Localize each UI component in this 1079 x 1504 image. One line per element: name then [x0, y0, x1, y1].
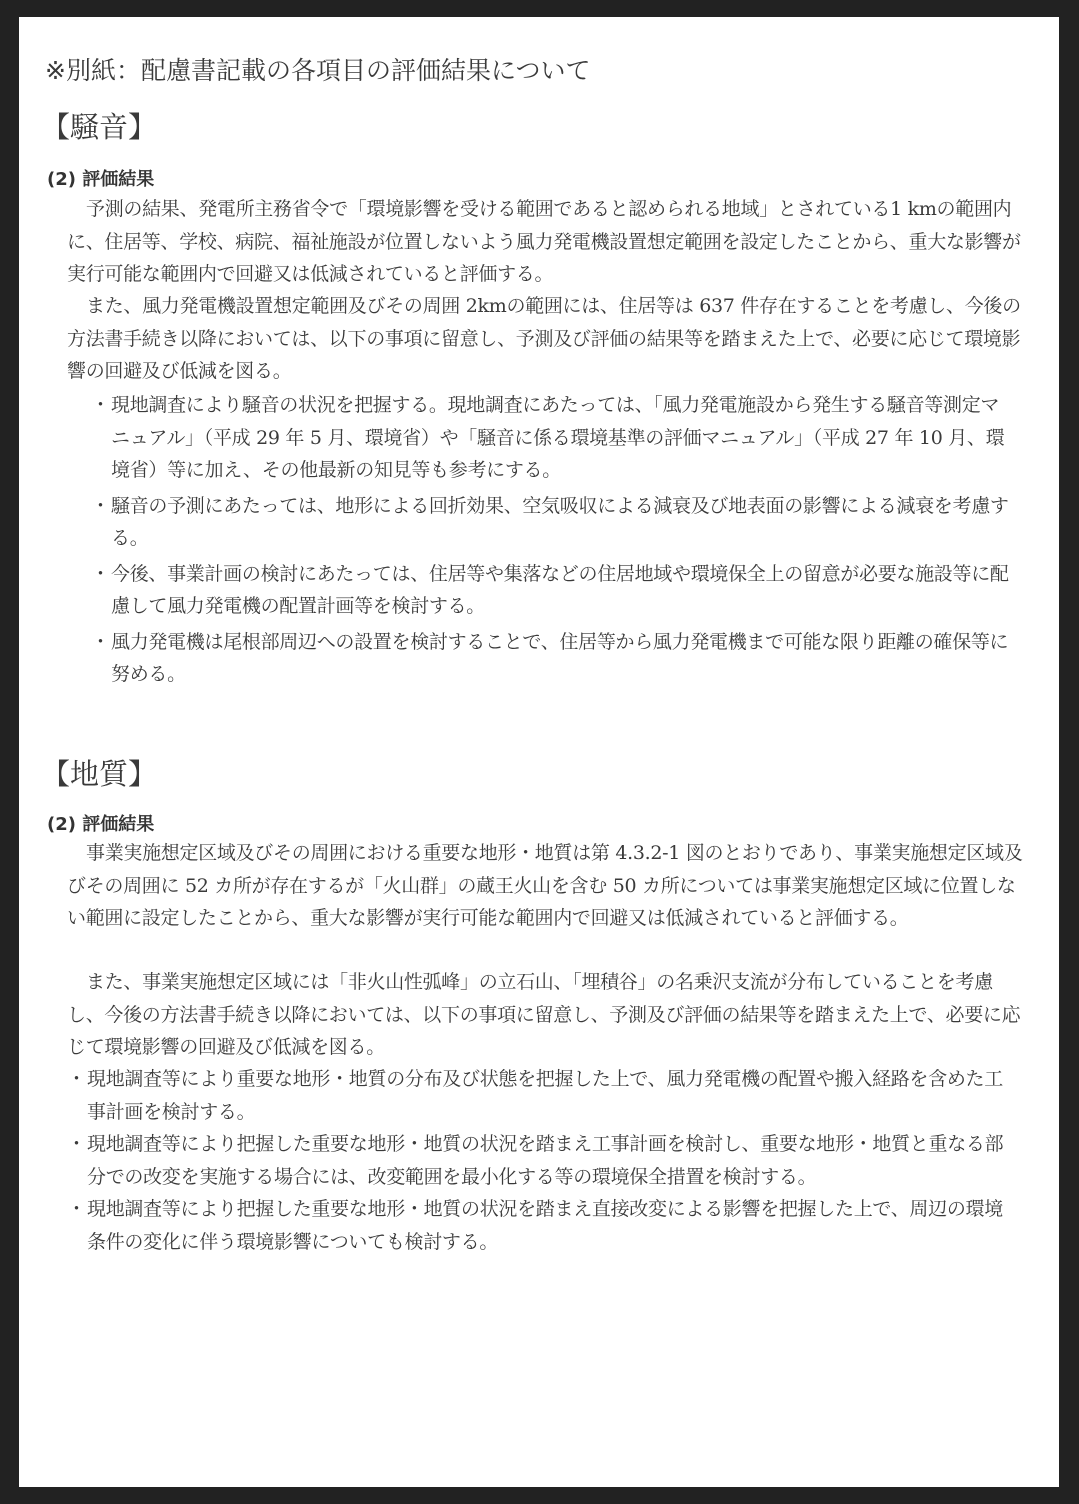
subheading-evaluation-result-noise: (2) 評価結果 — [47, 165, 154, 191]
noise-bullet-list: 現地調査により騒音の状況を把握する。現地調査にあたっては、「風力発電施設から発生… — [93, 389, 1017, 694]
noise-bullet-item: 今後、事業計画の検討にあたっては、住居等や集落などの住居地域や環境保全上の留意が… — [93, 558, 1017, 623]
document-page: ※別紙：配慮書記載の各項目の評価結果について 【騒音】 (2) 評価結果 予測の… — [19, 17, 1059, 1487]
geology-paragraph-2: また、事業実施想定区域には「非火山性弧峰」の立石山、「埋積谷」の名乗沢支流が分布… — [67, 966, 1027, 1064]
geology-bullet-item: 現地調査等により把握した重要な地形・地質の状況を踏まえ直接改変による影響を把握し… — [69, 1193, 1017, 1258]
noise-bullet-item: 風力発電機は尾根部周辺への設置を検討することで、住居等から風力発電機まで可能な限… — [93, 626, 1017, 691]
noise-paragraph-2: また、風力発電機設置想定範囲及びその周囲 2kmの範囲には、住居等は 637 件… — [67, 290, 1027, 388]
document-title: ※別紙：配慮書記載の各項目の評価結果について — [45, 51, 590, 87]
noise-bullet-item: 現地調査により騒音の状況を把握する。現地調査にあたっては、「風力発電施設から発生… — [93, 389, 1017, 487]
section-heading-noise: 【騒音】 — [41, 105, 157, 146]
noise-bullet-item: 騒音の予測にあたっては、地形による回折効果、空気吸収による減衰及び地表面の影響に… — [93, 490, 1017, 555]
section-heading-geology: 【地質】 — [41, 752, 157, 793]
geology-bullet-item: 現地調査等により把握した重要な地形・地質の状況を踏まえ工事計画を検討し、重要な地… — [69, 1128, 1017, 1193]
subheading-evaluation-result-geology: (2) 評価結果 — [47, 810, 154, 836]
geology-bullet-item: 現地調査等により重要な地形・地質の分布及び状態を把握した上で、風力発電機の配置や… — [69, 1063, 1017, 1128]
geology-bullet-list: 現地調査等により重要な地形・地質の分布及び状態を把握した上で、風力発電機の配置や… — [69, 1063, 1017, 1258]
geology-paragraph-1: 事業実施想定区域及びその周囲における重要な地形・地質は第 4.3.2-1 図のと… — [67, 837, 1027, 935]
noise-paragraph-1: 予測の結果、発電所主務省令で「環境影響を受ける範囲であると認められる地域」とされ… — [67, 193, 1027, 291]
